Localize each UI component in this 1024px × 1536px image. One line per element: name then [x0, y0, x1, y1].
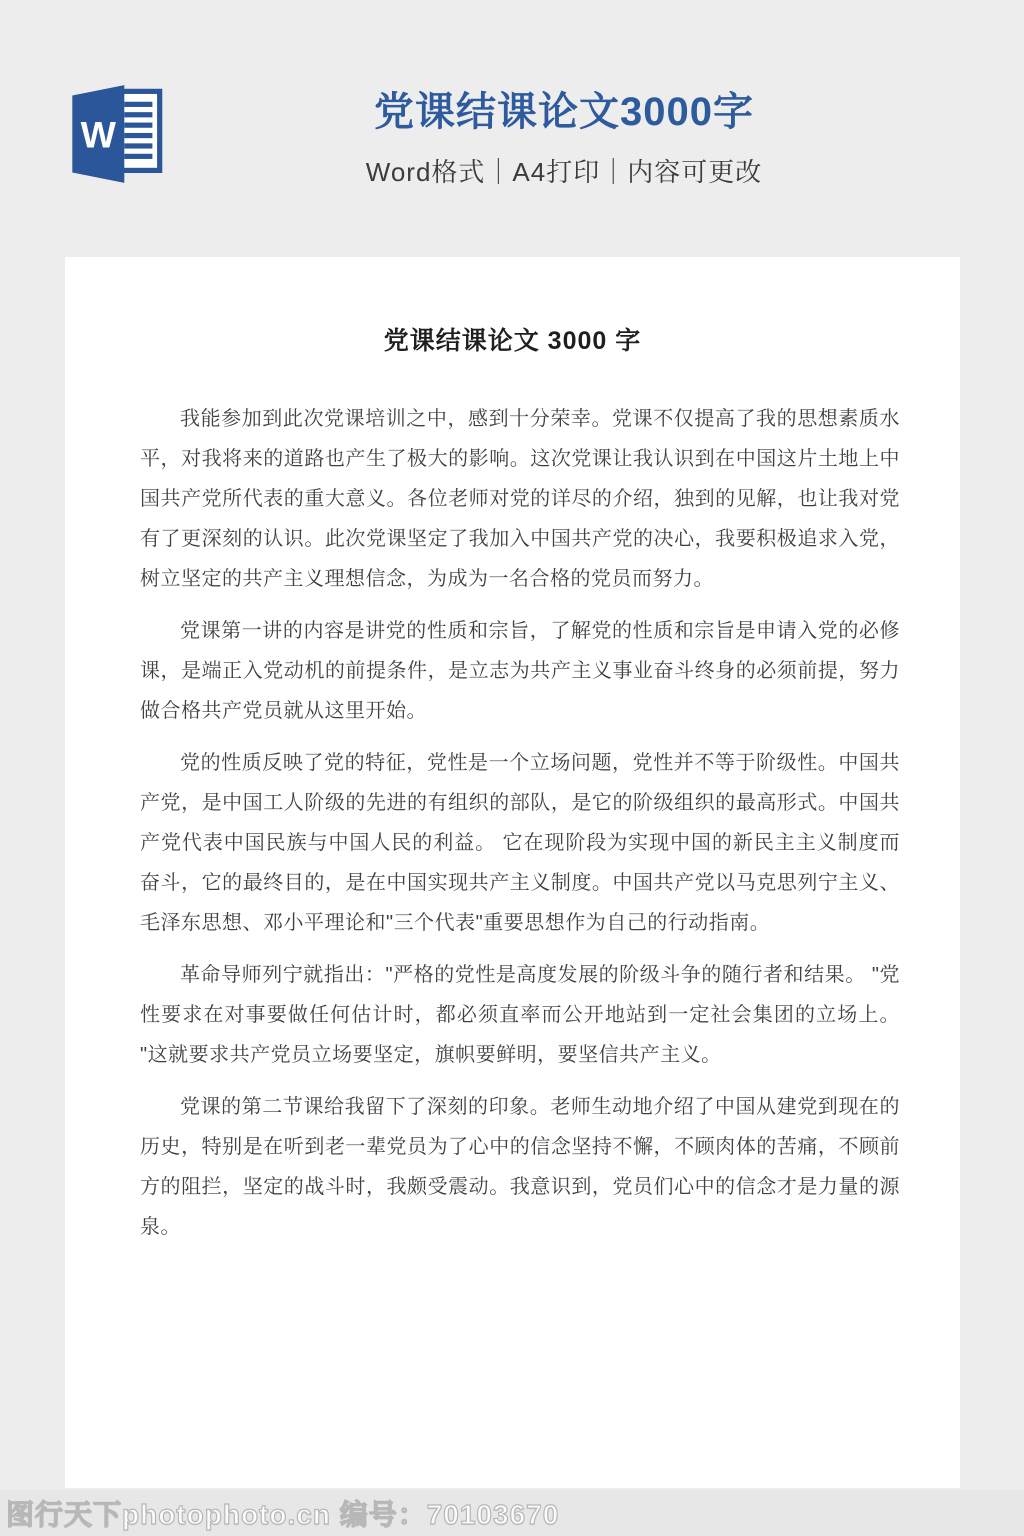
header-text-block: 党课结课论文3000字 Word格式｜A4打印｜内容可更改	[168, 82, 960, 189]
document-page: 党课结课论文 3000 字 我能参加到此次党课培训之中，感到十分荣幸。党课不仅提…	[65, 257, 960, 1488]
page-title: 党课结课论文3000字	[168, 88, 960, 136]
document-title: 党课结课论文 3000 字	[65, 321, 960, 357]
watermark-text: 图行天下photophoto.cn 编号：70103670	[0, 1493, 559, 1533]
page-subtitle: Word格式｜A4打印｜内容可更改	[168, 152, 960, 189]
word-icon: W	[64, 82, 168, 186]
document-paragraph: 革命导师列宁就指出："严格的党性是高度发展的阶级斗争的随行者和结果。 "党性要求…	[140, 955, 900, 1075]
watermark-bar: 图行天下photophoto.cn 编号：70103670	[0, 1490, 1024, 1536]
document-paragraph: 我能参加到此次党课培训之中，感到十分荣幸。党课不仅提高了我的思想素质水平，对我将…	[140, 399, 900, 599]
document-paragraph: 党课第一讲的内容是讲党的性质和宗旨，了解党的性质和宗旨是申请入党的必修课，是端正…	[140, 611, 900, 731]
header: W 党课结课论文3000字 Word格式｜A4打印｜内容可更改	[64, 82, 960, 189]
document-paragraph: 党的性质反映了党的特征，党性是一个立场问题，党性并不等于阶级性。中国共产党，是中…	[140, 743, 900, 943]
document-body: 我能参加到此次党课培训之中，感到十分荣幸。党课不仅提高了我的思想素质水平，对我将…	[140, 399, 900, 1247]
document-paragraph: 党课的第二节课给我留下了深刻的印象。老师生动地介绍了中国从建党到现在的历史，特别…	[140, 1087, 900, 1247]
word-icon-letter: W	[81, 114, 117, 156]
